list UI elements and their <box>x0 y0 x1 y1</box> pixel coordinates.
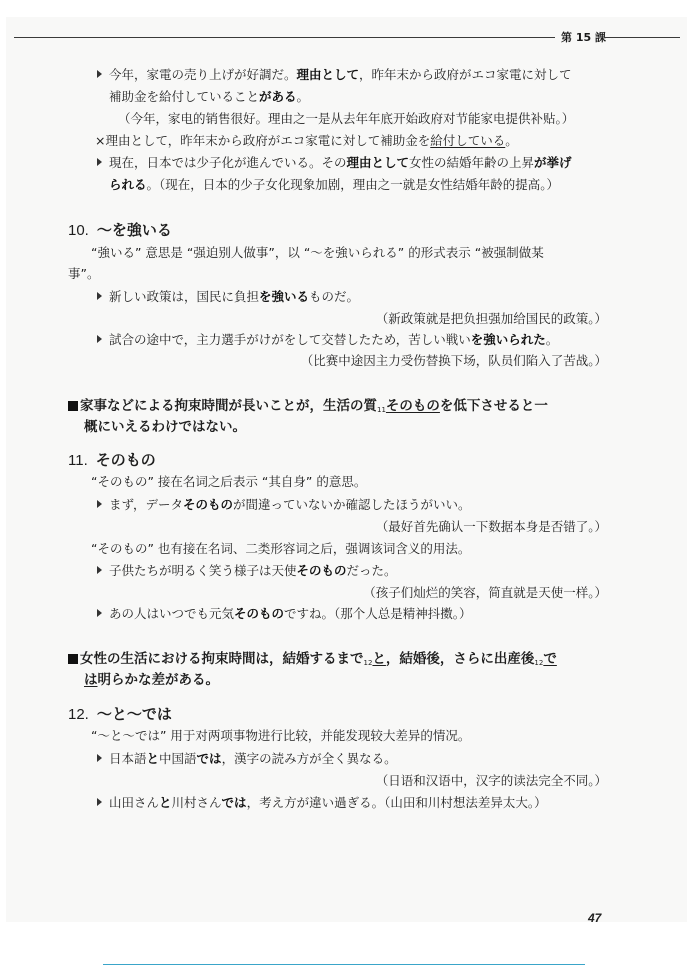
section-heading-12: 12.～と～では <box>68 705 172 724</box>
key-sentence: 女性の生活における拘束時間は，結婚するまで12と，結婚後，さらに出産後12で <box>68 650 557 672</box>
section-description: “～と～では” 用于对两项事物进行比较，并能发现较大差异的情况。 <box>91 728 470 744</box>
example-sentence: 今年，家電の売り上げが好調だ。理由として，昨年末から政府がエコ家電に対して <box>97 67 572 83</box>
bullet-icon <box>97 754 102 762</box>
translation: （比赛中途因主力受伤替换下场，队员们陷入了苦战。） <box>301 353 607 369</box>
wrong-mark-icon: × <box>95 133 105 148</box>
translation: （孩子们灿烂的笑容，简直就是天使一样。） <box>363 585 607 601</box>
bullet-icon <box>97 335 102 343</box>
example-sentence: 山田さんと川村さんでは，考え方が違い過ぎる。（山田和川村想法差异太大。） <box>97 795 547 811</box>
section-description-cont: 事”。 <box>68 266 99 282</box>
key-sentence-cont: 概にいえるわけではない。 <box>84 418 246 436</box>
example-sentence: 現在，日本では少子化が進んでいる。その理由として女性の結婚年齢の上昇が挙げ <box>97 155 572 171</box>
section-heading-10: 10.～を強いる <box>68 221 172 240</box>
example-sentence: あの人はいつでも元気そのものですね。（那个人总是精神抖擞。） <box>97 606 472 622</box>
example-sentence-cont: 補助金を給付していることがある。 <box>109 89 309 105</box>
translation: （新政策就是把负担强加给国民的政策。） <box>376 311 607 327</box>
translation: （最好首先确认一下数据本身是否错了。） <box>376 519 607 535</box>
header-rule <box>604 37 680 38</box>
example-sentence: 日本語と中国語では，漢字の読み方が全く異なる。 <box>97 751 397 767</box>
translation: （今年，家电的销售很好。理由之一是从去年年底开始政府对节能家电提供补贴。） <box>118 111 574 127</box>
section-description: “そのもの” 接在名词之后表示 “其自身” 的意思。 <box>91 474 366 490</box>
bullet-icon <box>97 70 102 78</box>
section-description: “そのもの” 也有接在名词、二类形容词之后，强调该词含义的用法。 <box>91 541 470 557</box>
bullet-icon <box>97 292 102 300</box>
lesson-label: 第 15 課 <box>561 29 606 45</box>
example-sentence-cont: られる。（现在，日本的少子女化现象加剧，理由之一就是女性结婚年龄的提高。） <box>109 177 559 193</box>
bullet-icon <box>97 158 102 166</box>
bottom-divider <box>103 964 585 965</box>
square-marker-icon <box>68 654 78 664</box>
bullet-icon <box>97 500 102 508</box>
square-marker-icon <box>68 401 78 411</box>
key-sentence: 家事などによる拘束時間が長いことが，生活の質11そのものを低下させると一 <box>68 397 548 419</box>
example-sentence: 試合の途中で，主力選手がけがをして交替したため，苦しい戦いを強いられた。 <box>97 332 558 348</box>
wrong-example: ×理由として，昨年末から政府がエコ家電に対して補助金を給付している。 <box>95 133 518 149</box>
translation: （日语和汉语中，汉字的读法完全不同。） <box>376 773 607 789</box>
example-sentence: まず，データそのものが間違っていないか確認したほうがいい。 <box>97 497 471 513</box>
example-sentence: 新しい政策は，国民に負担を強いるものだ。 <box>97 289 359 305</box>
section-description: “強いる” 意思是 “强迫别人做事”，以 “～を強いられる” 的形式表示 “被强… <box>91 245 544 261</box>
header-rule <box>14 37 555 38</box>
bullet-icon <box>97 566 102 574</box>
example-sentence: 子供たちが明るく笑う様子は天使そのものだった。 <box>97 563 397 579</box>
section-heading-11: 11.そのもの <box>68 451 156 470</box>
bullet-icon <box>97 609 102 617</box>
key-sentence-cont: は明らかな差がある。 <box>84 671 219 689</box>
page-number: 47 <box>588 911 601 925</box>
bullet-icon <box>97 798 102 806</box>
